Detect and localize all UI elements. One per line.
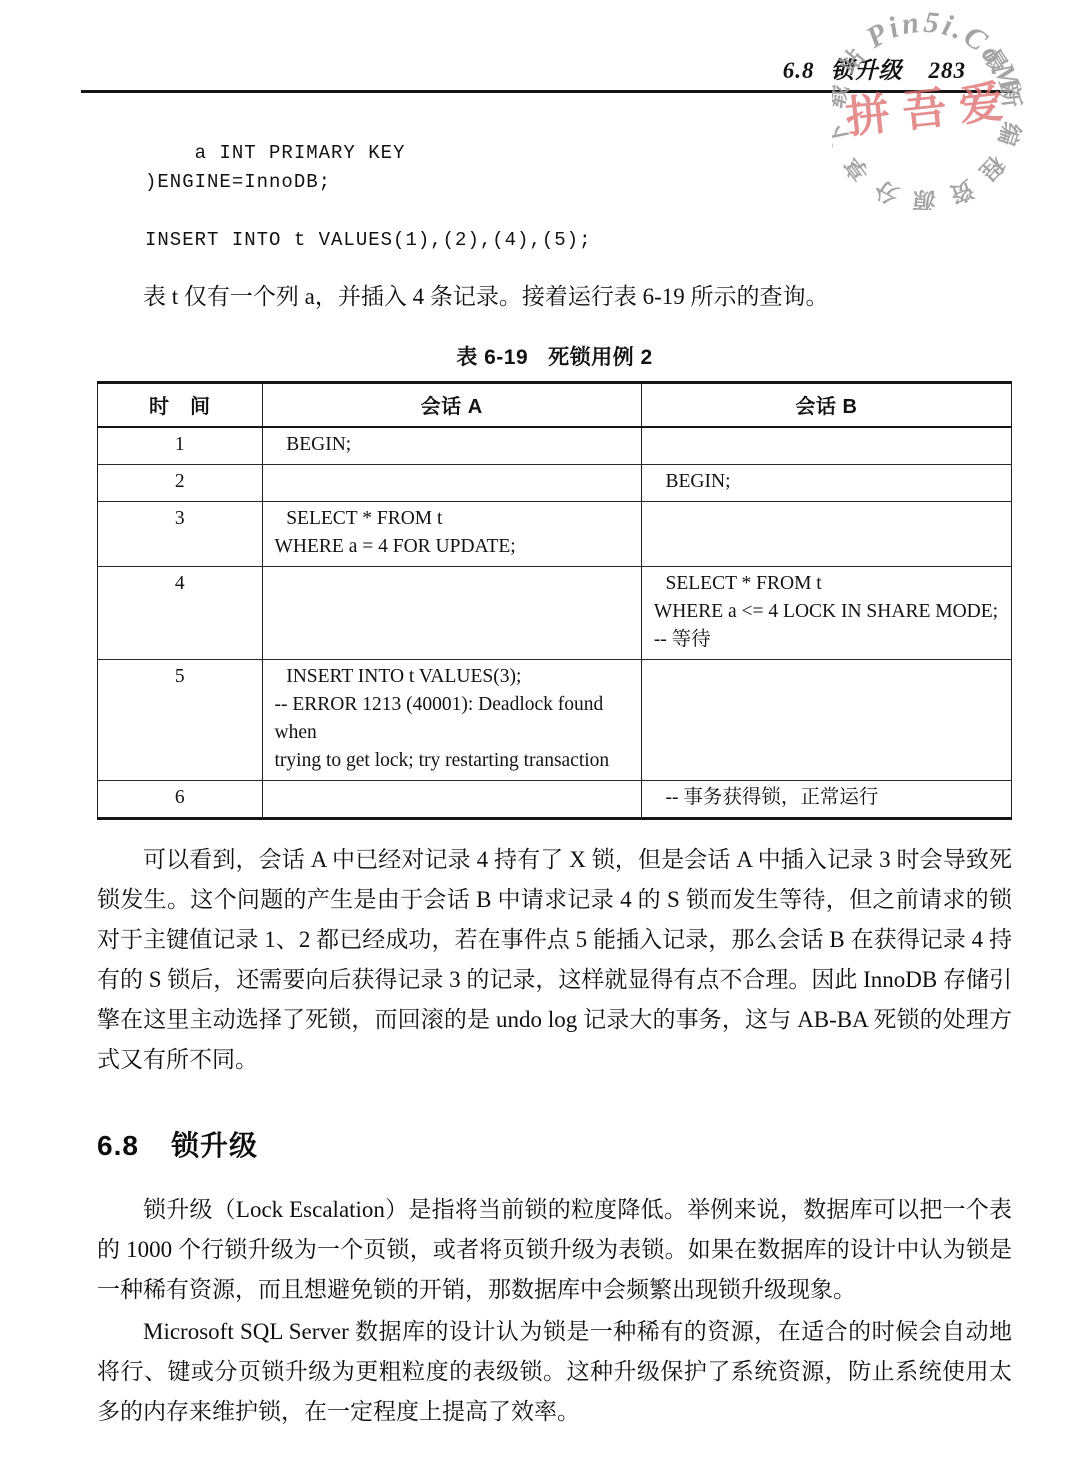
header-rule	[81, 90, 1012, 93]
section-number: 6.8	[97, 1130, 139, 1161]
cell-line: 6	[110, 784, 250, 812]
running-head-section: 6.8	[783, 58, 815, 83]
running-head: 6.8锁升级283	[97, 56, 1012, 86]
table-row: 3SELECT * FROM tWHERE a = 4 FOR UPDATE;	[98, 502, 1012, 567]
section-heading: 6.8锁升级	[97, 1124, 1012, 1164]
cell-line: 3	[110, 505, 250, 533]
cell-line: WHERE a = 4 FOR UPDATE;	[275, 533, 629, 561]
session-b-cell: BEGIN;	[641, 465, 1011, 502]
cell-line: -- 等待	[654, 626, 999, 654]
caption-title: 死锁用例 2	[548, 346, 653, 369]
section-title: 锁升级	[171, 1130, 258, 1161]
table-row: 6-- 事务获得锁，正常运行	[98, 781, 1012, 819]
time-cell: 4	[98, 567, 263, 660]
session-b-cell	[641, 427, 1011, 465]
time-cell: 1	[98, 427, 263, 465]
table-caption: 表 6-19死锁用例 2	[97, 341, 1012, 371]
session-b-cell: -- 事务获得锁，正常运行	[641, 781, 1011, 819]
session-a-cell	[262, 781, 641, 819]
cell-line: 4	[110, 570, 250, 598]
col-header-session-a: 会话 A	[262, 383, 641, 428]
cell-line: -- 事务获得锁，正常运行	[654, 784, 999, 812]
table-row: 4SELECT * FROM tWHERE a <= 4 LOCK IN SHA…	[98, 567, 1012, 660]
paragraph-lock-escalation-2: Microsoft SQL Server 数据库的设计认为锁是一种稀有的资源，在…	[97, 1312, 1012, 1432]
col-header-time: 时 间	[98, 383, 263, 428]
time-cell: 2	[98, 465, 263, 502]
cell-line: WHERE a <= 4 LOCK IN SHARE MODE;	[654, 598, 999, 626]
code-block: a INT PRIMARY KEY )ENGINE=InnoDB; INSERT…	[145, 139, 1012, 255]
session-a-cell: SELECT * FROM tWHERE a = 4 FOR UPDATE;	[262, 502, 641, 567]
table-row: 5INSERT INTO t VALUES(3);-- ERROR 1213 (…	[98, 660, 1012, 781]
deadlock-table-body: 1BEGIN;2BEGIN;3SELECT * FROM tWHERE a = …	[98, 427, 1012, 819]
session-a-cell	[262, 567, 641, 660]
session-a-cell	[262, 465, 641, 502]
deadlock-table: 时 间 会话 A 会话 B 1BEGIN;2BEGIN;3SELECT * FR…	[97, 381, 1012, 820]
paragraph-lock-escalation-1: 锁升级（Lock Escalation）是指将当前锁的粒度降低。举例来说，数据库…	[97, 1190, 1012, 1310]
watermark-center-text: 拼吾爱	[843, 76, 1018, 143]
cell-line: INSERT INTO t VALUES(3);	[275, 663, 629, 691]
cell-line: 2	[110, 468, 250, 496]
cell-line: -- ERROR 1213 (40001): Deadlock found wh…	[275, 691, 629, 747]
table-row: 2BEGIN;	[98, 465, 1012, 502]
session-b-cell: SELECT * FROM tWHERE a <= 4 LOCK IN SHAR…	[641, 567, 1011, 660]
book-page: Pin5i.CoM 最新编程资源分享下载站 拼吾爱 6.8锁升级283 a IN…	[0, 0, 1080, 1478]
running-head-title: 锁升级	[831, 58, 903, 83]
session-a-cell: BEGIN;	[262, 427, 641, 465]
cell-line: BEGIN;	[275, 431, 629, 459]
cell-line: trying to get lock; try restarting trans…	[275, 747, 629, 775]
col-header-session-b: 会话 B	[641, 383, 1011, 428]
time-cell: 3	[98, 502, 263, 567]
cell-line: 1	[110, 431, 250, 459]
intro-paragraph: 表 t 仅有一个列 a，并插入 4 条记录。接着运行表 6-19 所示的查询。	[97, 277, 1012, 317]
caption-label: 表 6-19	[456, 346, 528, 369]
table-row: 1BEGIN;	[98, 427, 1012, 465]
cell-line: BEGIN;	[654, 468, 999, 496]
session-b-cell	[641, 660, 1011, 781]
cell-line: 5	[110, 663, 250, 691]
time-cell: 6	[98, 781, 263, 819]
running-head-page-number: 283	[929, 58, 967, 83]
session-b-cell	[641, 502, 1011, 567]
analysis-paragraph: 可以看到，会话 A 中已经对记录 4 持有了 X 锁，但是会话 A 中插入记录 …	[97, 840, 1012, 1080]
cell-line: SELECT * FROM t	[275, 505, 629, 533]
session-a-cell: INSERT INTO t VALUES(3);-- ERROR 1213 (4…	[262, 660, 641, 781]
time-cell: 5	[98, 660, 263, 781]
cell-line: SELECT * FROM t	[654, 570, 999, 598]
table-header-row: 时 间 会话 A 会话 B	[98, 383, 1012, 428]
